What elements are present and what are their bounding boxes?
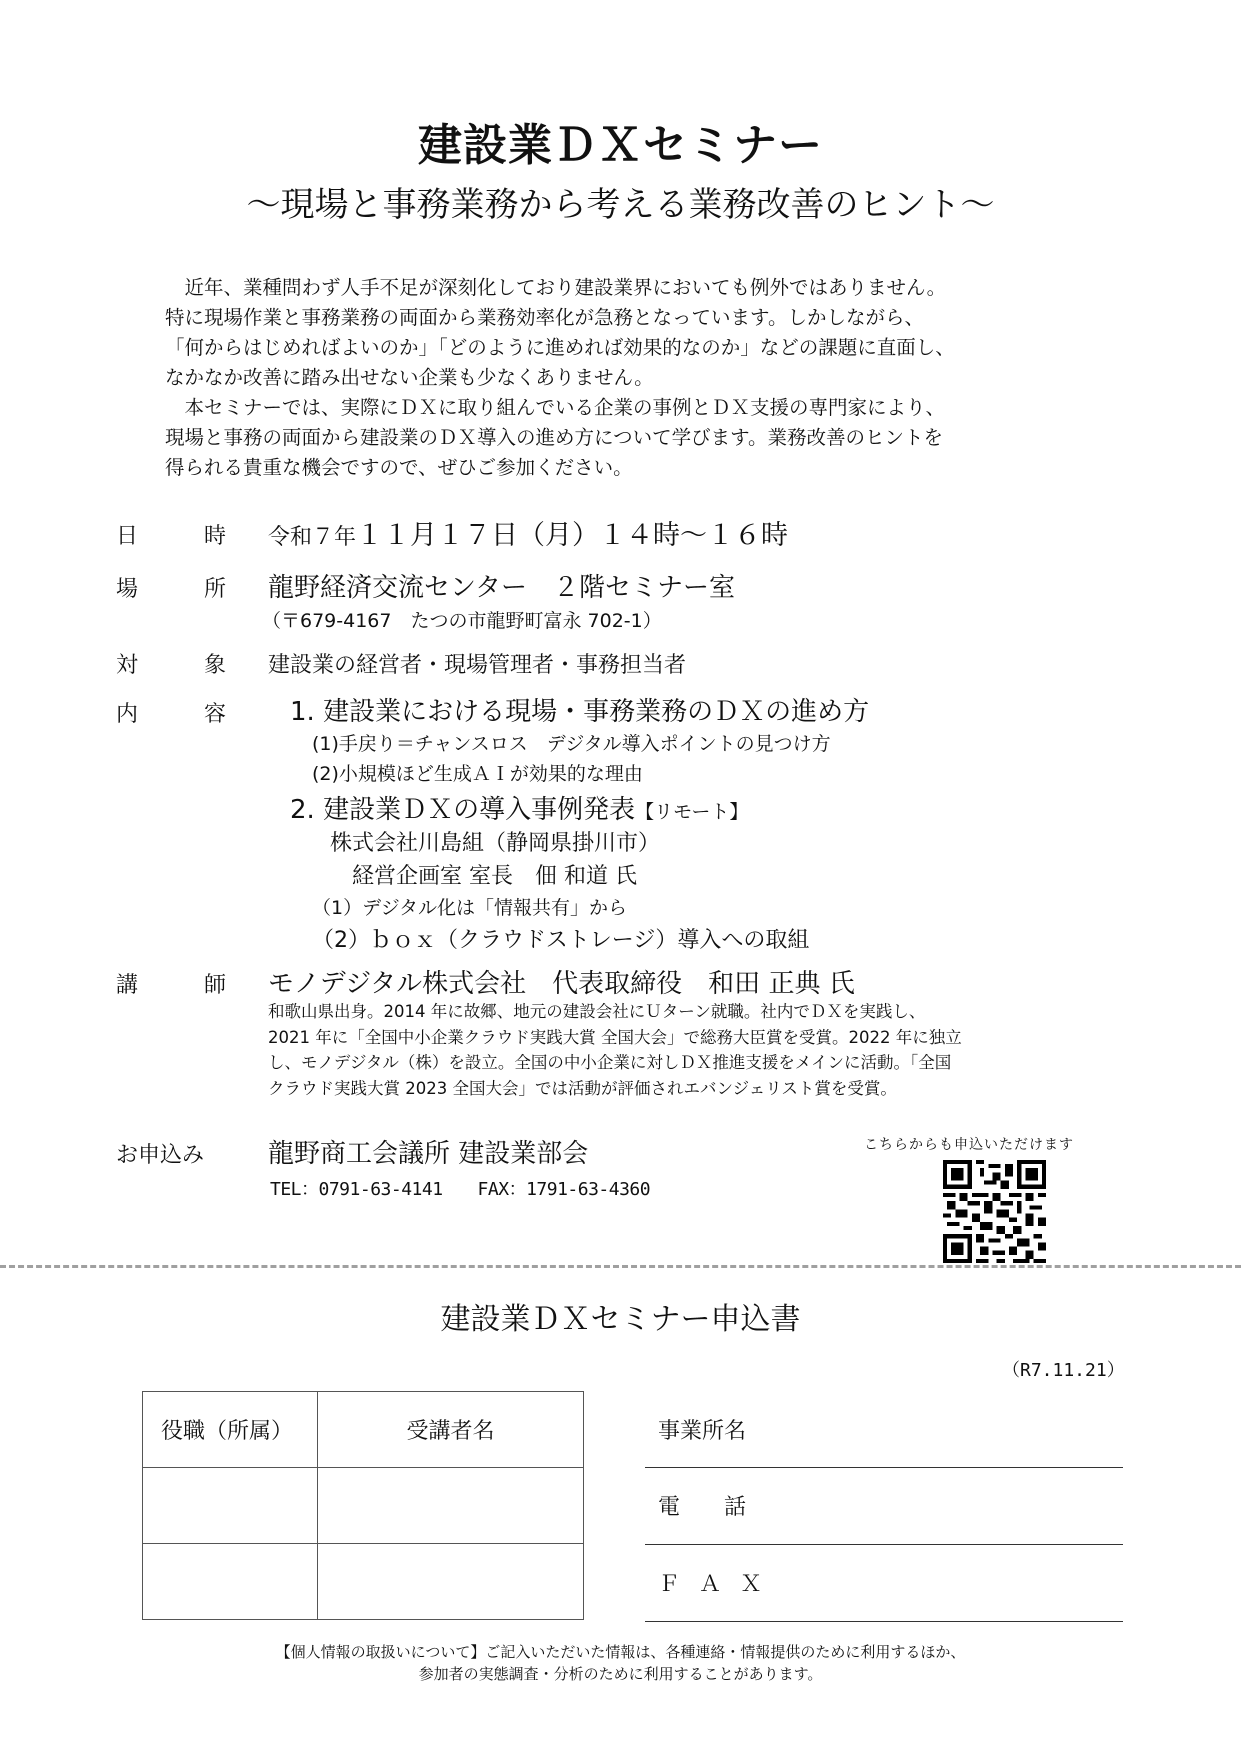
office-name-label: 事業所名: [658, 1414, 746, 1445]
label-char: 対: [116, 648, 138, 679]
datetime-date: １１月１７日（月）１４時～１６時: [356, 520, 788, 551]
label-char: 場: [116, 572, 138, 603]
form-date: （R7.11.21）: [1002, 1356, 1125, 1382]
content-item2-sub2: （2）ｂｏｘ（クラウドストレージ）導入への取組: [312, 923, 809, 954]
cut-line-divider: [0, 1265, 1241, 1268]
venue-name: 龍野経済交流センター ２階セミナー室: [268, 567, 735, 604]
venue-label: 場 所: [116, 572, 226, 603]
content-item2-title: 2. 建設業ＤＸの導入事例発表【リモート】: [290, 789, 748, 826]
intro-paragraph: 近年、業種問わず人手不足が深刻化しており建設業界においても例外ではありません。 …: [165, 273, 1095, 483]
header-attendee-name: 受講者名: [318, 1392, 584, 1468]
page-title: 建設業ＤＸセミナー: [0, 118, 1241, 174]
page-subtitle: ～現場と事務業務から考える業務改善のヒント～: [0, 183, 1241, 227]
qr-code[interactable]: [943, 1160, 1046, 1263]
label-char: 内: [116, 697, 138, 728]
content-item2-company: 株式会社川島組（静岡県掛川市）: [330, 826, 660, 857]
apply-org: 龍野商工会議所 建設業部会: [268, 1133, 588, 1170]
content-label: 内 容: [116, 697, 226, 728]
intro-line: 現場と事務の両面から建設業のＤＸ導入の進め方について学びます。業務改善のヒントを: [165, 423, 1095, 453]
fax-label: Ｆ Ａ Ｘ: [658, 1567, 768, 1598]
label-char: 講: [116, 968, 138, 999]
intro-line: 本セミナーでは、実際にＤＸに取り組んでいる企業の事例とＤＸ支援の専門家により、: [165, 393, 1095, 423]
datetime-era: 令和７年: [268, 525, 356, 550]
intro-line: なかなか改善に踏み出せない企業も少なくありません。: [165, 363, 1095, 393]
intro-line: 特に現場作業と事務業務の両面から業務効率化が急務となっています。しかしながら、: [165, 303, 1095, 333]
phone-label: 電 話: [658, 1490, 746, 1521]
content-item1-title: 1. 建設業における現場・事務業務のＤＸの進め方: [290, 691, 869, 728]
label-char: 時: [204, 519, 226, 550]
attendee-name-input-cell[interactable]: [318, 1544, 584, 1620]
intro-line: 「何からはじめればよいのか」「どのように進めれば効果的なのか」などの課題に直面し…: [165, 333, 1095, 363]
position-input-cell[interactable]: [143, 1468, 318, 1544]
intro-line: 得られる貴重な機会ですので、ぜひご参加ください。: [165, 453, 1095, 483]
fax-field[interactable]: [645, 1621, 1123, 1622]
lecturer-label: 講 師: [116, 968, 226, 999]
bio-line: 2021 年に「全国中小企業クラウド実践大賞 全国大会」で総務大臣賞を受賞。20…: [268, 1025, 962, 1051]
header-position: 役職（所属）: [143, 1392, 318, 1468]
bio-line: 和歌山県出身。2014 年に故郷、地元の建設会社にＵターン就職。社内でＤＸを実践…: [268, 999, 962, 1025]
privacy-line: 【個人情報の取扱いについて】ご記入いただいた情報は、各種連絡・情報提供のために利…: [0, 1641, 1241, 1663]
apply-contact: TEL：0791-63-4141 FAX：1791-63-4360: [270, 1175, 650, 1201]
table-header-row: 役職（所属） 受講者名: [143, 1392, 584, 1468]
table-row: [143, 1468, 584, 1544]
label-char: 象: [204, 648, 226, 679]
table-row: [143, 1544, 584, 1620]
position-input-cell[interactable]: [143, 1544, 318, 1620]
apply-label: お申込み: [116, 1138, 204, 1169]
label-char: 日: [116, 519, 138, 550]
phone-field[interactable]: [645, 1544, 1123, 1545]
lecturer-name: モノデジタル株式会社 代表取締役 和田 正典 氏: [268, 963, 855, 1000]
audience-label: 対 象: [116, 648, 226, 679]
office-name-field[interactable]: [645, 1467, 1123, 1468]
content-item1-sub2: (2)小規模ほど生成ＡＩが効果的な理由: [312, 759, 643, 786]
registration-table: 役職（所属） 受講者名: [142, 1391, 584, 1620]
intro-line: 近年、業種問わず人手不足が深刻化しており建設業界においても例外ではありません。: [165, 273, 1095, 303]
venue-address: （〒679-4167 たつの市龍野町富永 702-1）: [262, 606, 662, 633]
privacy-line: 参加者の実態調査・分析のために利用することがあります。: [0, 1663, 1241, 1685]
remote-tag: 【リモート】: [635, 801, 748, 823]
attendee-name-input-cell[interactable]: [318, 1468, 584, 1544]
audience-value: 建設業の経営者・現場管理者・事務担当者: [268, 648, 686, 679]
content-item2-sub1: （1）デジタル化は「情報共有」から: [312, 893, 627, 920]
label-char: 所: [204, 572, 226, 603]
content-item1-sub1: (1)手戻り＝チャンスロス デジタル導入ポイントの見つけ方: [312, 729, 831, 756]
content-item2-title-text: 2. 建設業ＤＸの導入事例発表: [290, 795, 635, 825]
lecturer-bio: 和歌山県出身。2014 年に故郷、地元の建設会社にＵターン就職。社内でＤＸを実践…: [268, 999, 962, 1101]
qr-caption: こちらからも申込いただけます: [864, 1134, 1074, 1154]
content-item2-speaker: 経営企画室 室長 佃 和道 氏: [352, 859, 637, 890]
form-title: 建設業ＤＸセミナー申込書: [0, 1294, 1241, 1338]
datetime-label: 日 時: [116, 519, 226, 550]
privacy-notice: 【個人情報の取扱いについて】ご記入いただいた情報は、各種連絡・情報提供のために利…: [0, 1641, 1241, 1685]
bio-line: し、モノデジタル（株）を設立。全国の中小企業に対しＤＸ推進支援をメインに活動。「…: [268, 1050, 962, 1076]
bio-line: クラウド実践大賞 2023 全国大会」では活動が評価されエバンジェリスト賞を受賞…: [268, 1076, 962, 1102]
qr-code-icon: [943, 1160, 1046, 1263]
label-char: 容: [204, 697, 226, 728]
label-char: 師: [204, 968, 226, 999]
datetime-value: 令和７年１１月１７日（月）１４時～１６時: [268, 513, 788, 552]
